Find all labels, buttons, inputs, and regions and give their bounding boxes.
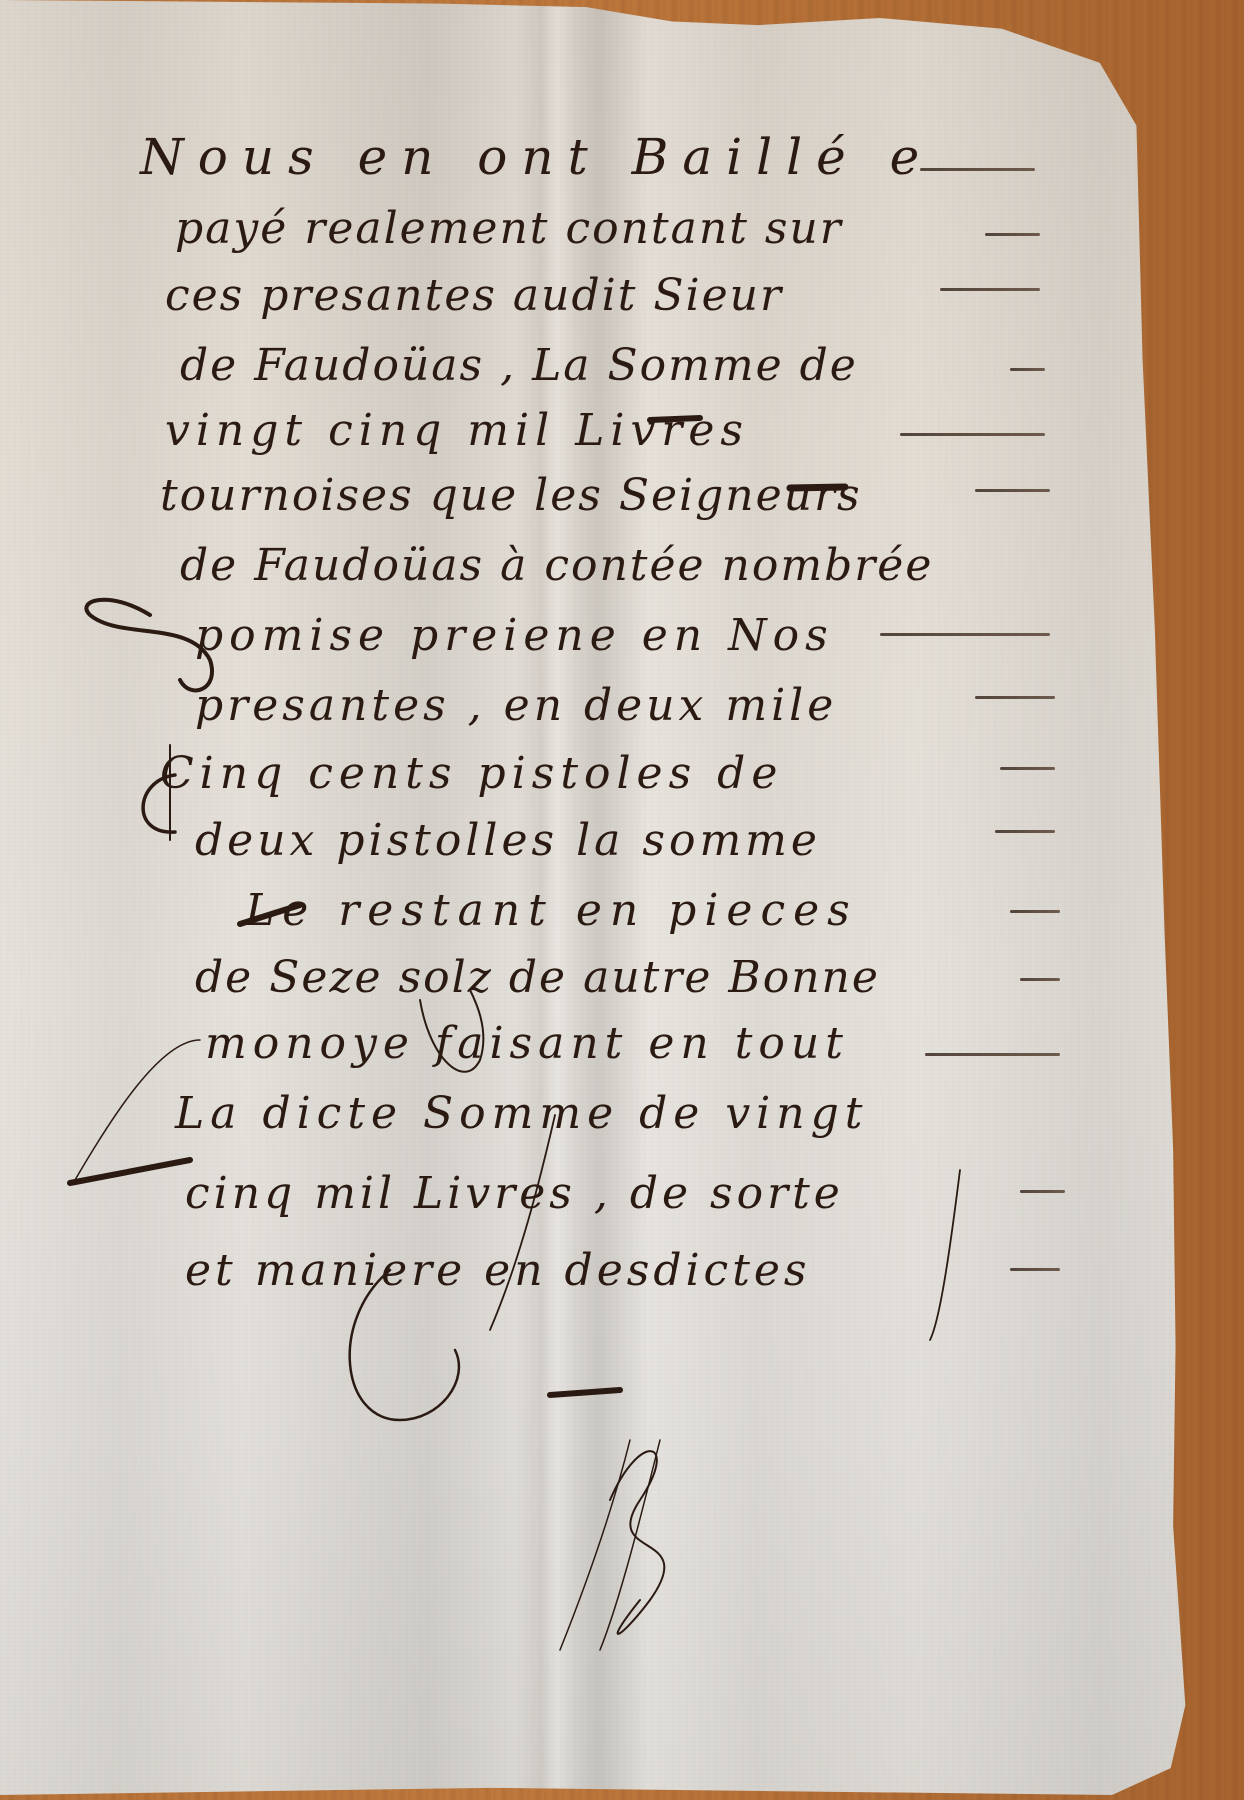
manuscript-text: Nous en ont Baillé e payé realement cont… xyxy=(0,0,1244,1800)
line-filler-5 xyxy=(900,433,1045,436)
line-filler-1 xyxy=(920,168,1035,171)
line-filler-2 xyxy=(985,233,1040,236)
text-line-11: deux pistolles la somme xyxy=(195,815,821,866)
text-line-3: ces presantes audit Sieur xyxy=(165,270,783,321)
line-filler-14 xyxy=(925,1053,1060,1056)
text-line-2: payé realement contant sur xyxy=(175,203,843,254)
line-filler-4 xyxy=(1010,368,1045,371)
text-line-15: La dicte Somme de vingt xyxy=(175,1088,868,1139)
text-line-4: de Faudoüas , La Somme de xyxy=(180,340,858,391)
text-line-5: vingt cinq mil Livres xyxy=(165,405,749,456)
line-filler-13 xyxy=(1020,978,1060,981)
text-line-13: de Seze solz de autre Bonne xyxy=(195,952,880,1003)
line-filler-17 xyxy=(1010,1268,1060,1271)
text-line-12: Le restant en pieces xyxy=(245,885,858,936)
text-line-14: monoye faisant en tout xyxy=(205,1018,849,1069)
line-filler-8 xyxy=(880,633,1050,636)
text-line-9: presantes , en deux mile xyxy=(195,680,837,731)
text-line-16: cinq mil Livres , de sorte xyxy=(185,1168,844,1219)
line-filler-6 xyxy=(975,489,1050,492)
line-filler-3 xyxy=(940,288,1040,291)
line-filler-9 xyxy=(975,696,1055,699)
text-line-10: Cinq cents pistoles de xyxy=(160,748,783,799)
line-filler-12 xyxy=(1010,910,1060,913)
line-filler-11 xyxy=(995,830,1055,833)
text-line-7: de Faudoüas à contée nombrée xyxy=(180,540,933,591)
line-filler-16 xyxy=(1020,1190,1065,1193)
text-line-8: pomise preiene en Nos xyxy=(195,610,834,661)
text-line-17: et maniere en desdictes xyxy=(185,1245,811,1296)
text-line-1: Nous en ont Baillé e xyxy=(140,128,933,186)
text-line-6: tournoises que les Seigneurs xyxy=(160,470,862,521)
line-filler-10 xyxy=(1000,767,1055,770)
